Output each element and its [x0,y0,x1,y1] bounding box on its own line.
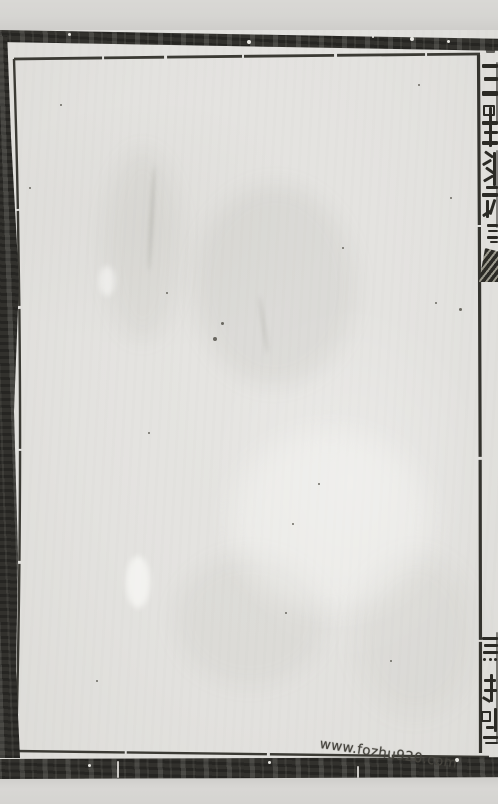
page-border-frame [0,0,498,804]
border-line-top [14,54,480,59]
scanned-genealogy-page: www.fozhu920.com [0,0,498,804]
border-line-right [479,55,481,753]
